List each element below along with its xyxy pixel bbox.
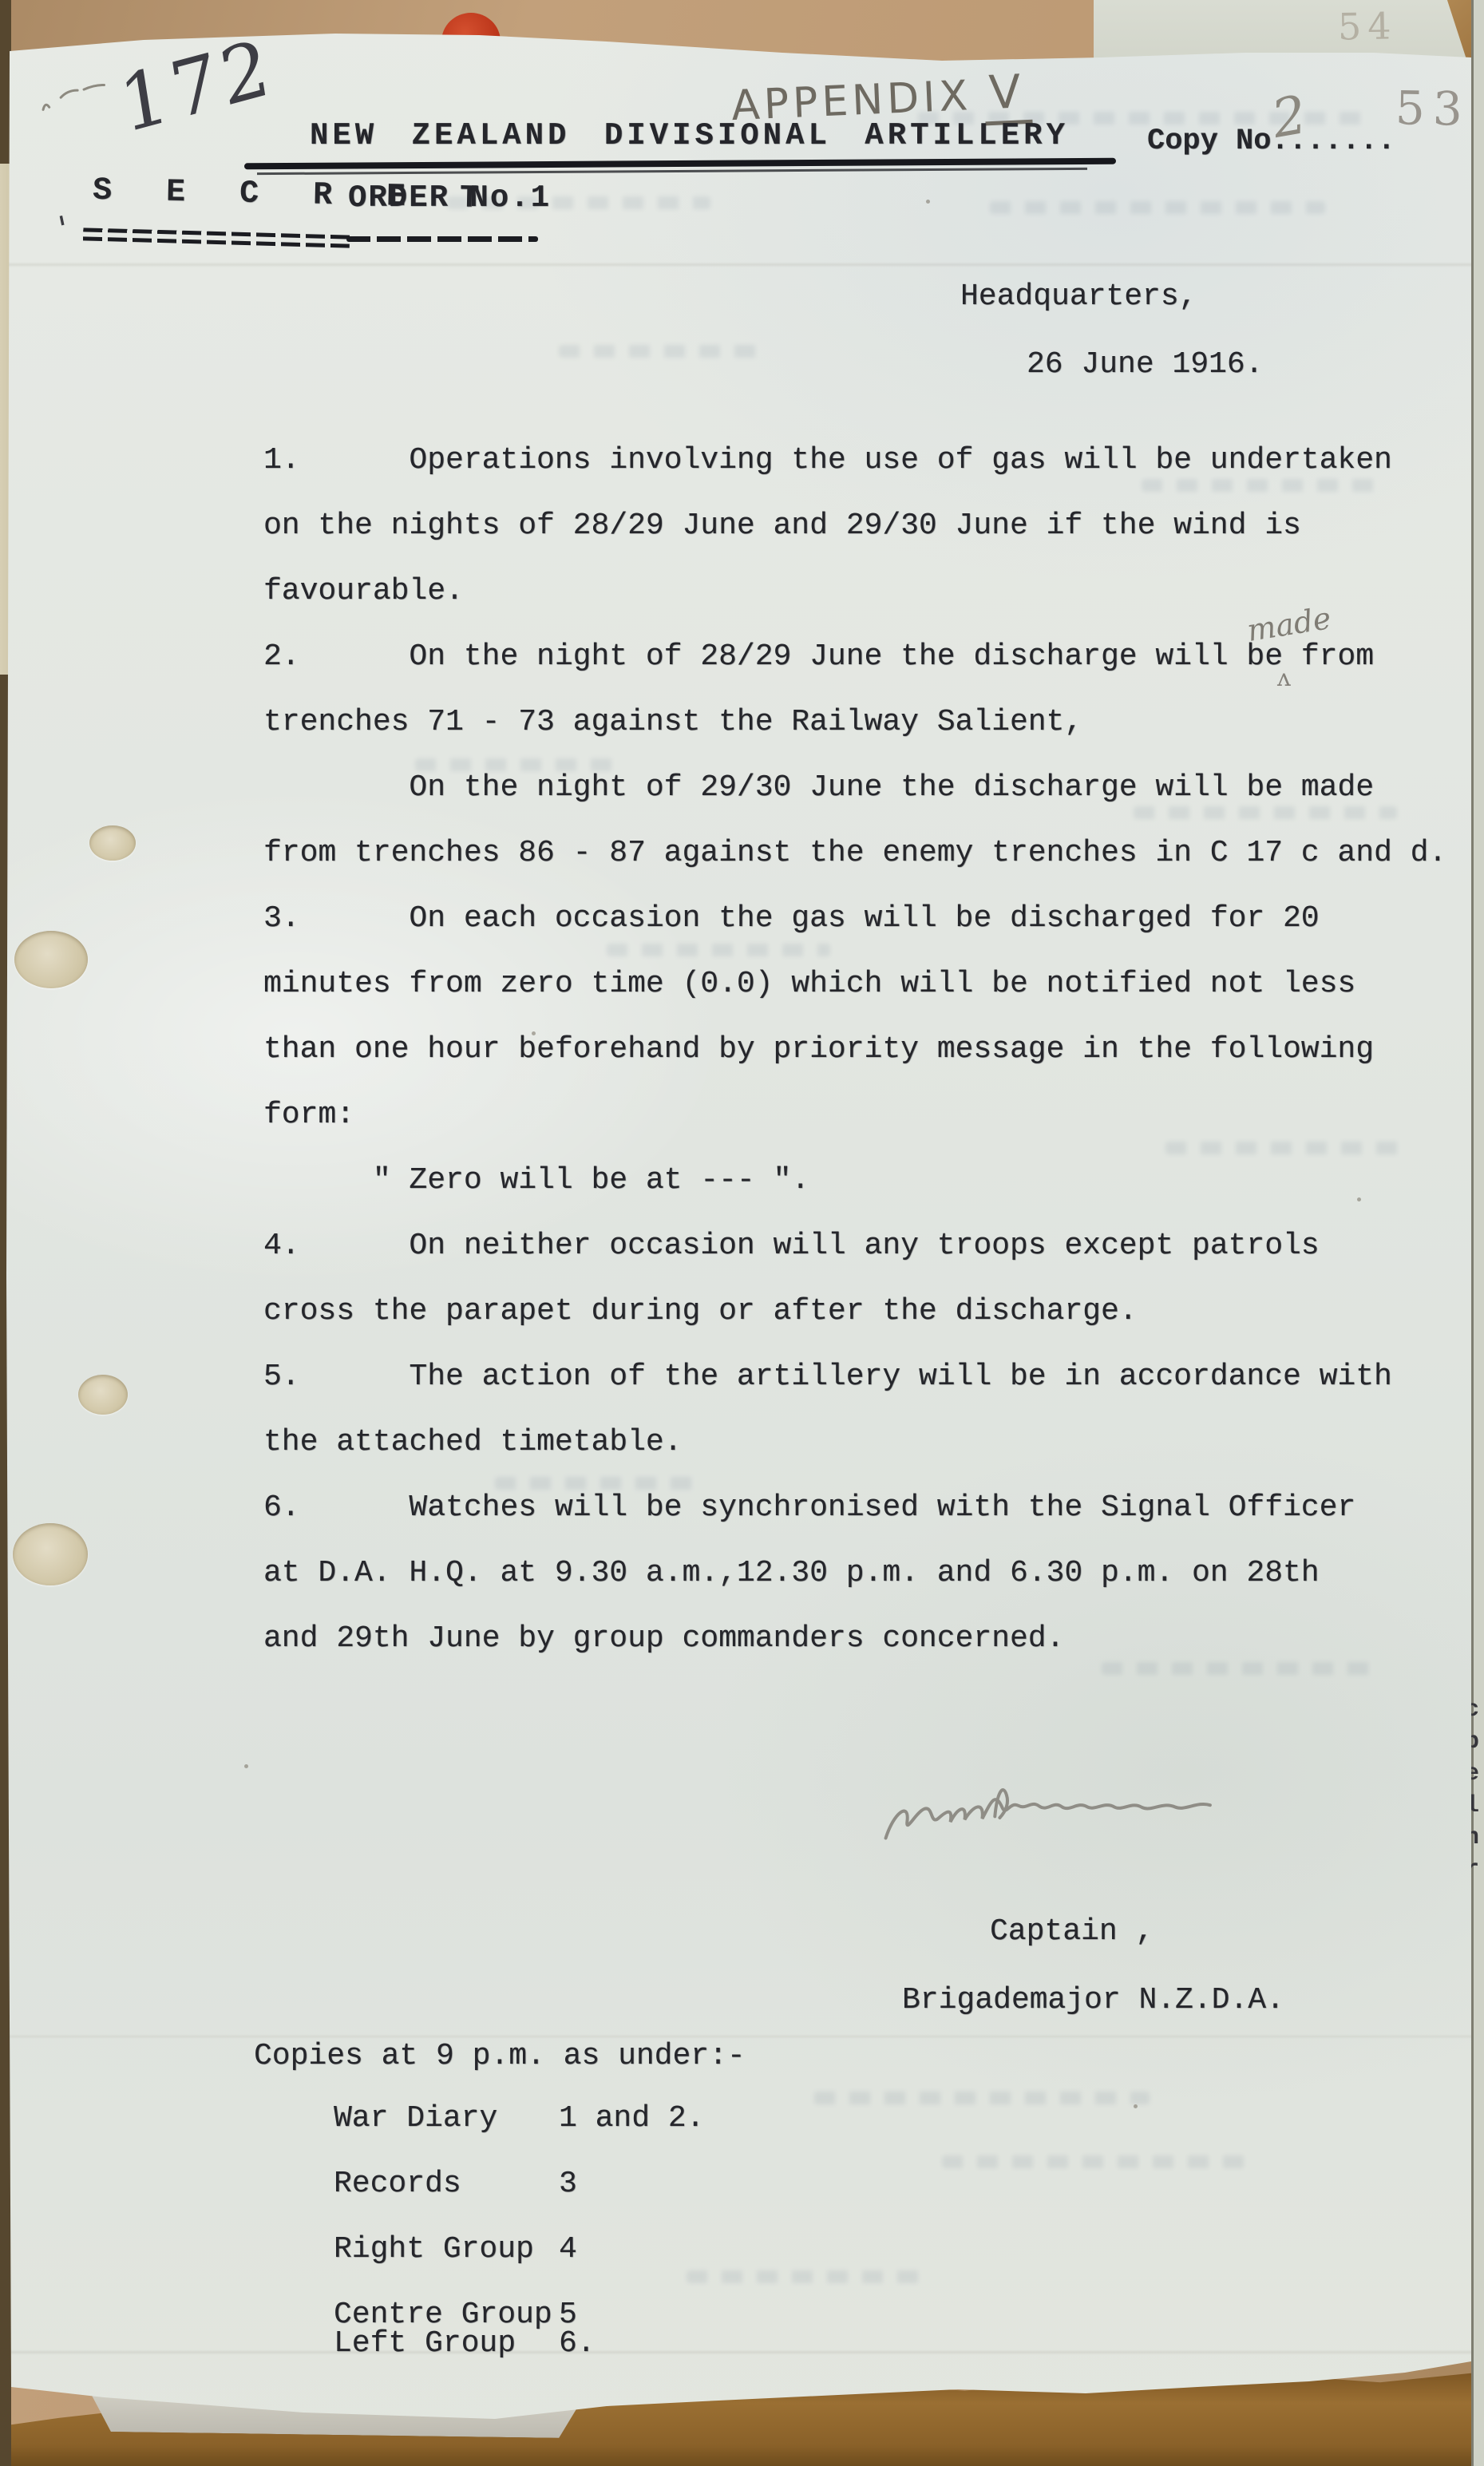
punch-hole bbox=[14, 931, 88, 988]
body-line: cross the parapet during or after the di… bbox=[263, 1279, 1446, 1344]
body-line: than one hour beforehand by priority mes… bbox=[263, 1017, 1446, 1083]
copy-no-label: Copy No....... bbox=[1147, 125, 1395, 158]
body-line: On the night of 29/30 June the discharge… bbox=[263, 755, 1446, 821]
distribution-label: Left Group bbox=[334, 2326, 559, 2361]
edge-letter: c bbox=[1471, 1696, 1479, 1724]
body-line: 6. Watches will be synchronised with the… bbox=[263, 1475, 1446, 1541]
ink-speck bbox=[1134, 2104, 1138, 2108]
order-underline bbox=[346, 236, 538, 242]
stray-pen-mark: ' bbox=[55, 208, 73, 250]
distribution-value: 3 bbox=[559, 2167, 577, 2201]
body-line: at D.A. H.Q. at 9.30 a.m.,12.30 p.m. and… bbox=[263, 1541, 1446, 1606]
back-page-top-edge bbox=[1094, 0, 1471, 61]
bleedthrough-smudge bbox=[687, 2270, 926, 2283]
distribution-row: War Diary1 and 2. bbox=[334, 2101, 704, 2135]
order-number: ORDER No.1 bbox=[348, 180, 551, 216]
edge-letter: e bbox=[1471, 1760, 1479, 1787]
edge-letter: p bbox=[1471, 1728, 1479, 1755]
body-line: 3. On each occasion the gas will be disc… bbox=[263, 886, 1446, 952]
punch-hole bbox=[89, 825, 136, 861]
body-line: form: bbox=[263, 1083, 1446, 1148]
pencil-scribble bbox=[34, 70, 134, 120]
body-line: minutes from zero time (0.0) which will … bbox=[263, 952, 1446, 1017]
body-line: the attached timetable. bbox=[263, 1410, 1446, 1475]
signatory-rank: Captain , bbox=[990, 1914, 1154, 1949]
edge-letter: l bbox=[1471, 1792, 1479, 1819]
handwritten-page-number: 172 bbox=[114, 22, 279, 151]
page-number-stamp-53: 53 bbox=[1395, 81, 1470, 137]
body-line: 1. Operations involving the use of gas w… bbox=[263, 428, 1446, 493]
punch-hole bbox=[13, 1523, 88, 1585]
distribution-value: 4 bbox=[559, 2232, 577, 2266]
bleedthrough-smudge bbox=[814, 2092, 1150, 2104]
document-title: NEW ZEALAND DIVISIONAL ARTILLERY bbox=[310, 118, 1069, 153]
date-line: 26 June 1916. bbox=[1027, 347, 1263, 382]
distribution-row: Records3 bbox=[334, 2167, 577, 2201]
body-line: from trenches 86 - 87 against the enemy … bbox=[263, 821, 1446, 886]
distribution-value: 6. bbox=[559, 2326, 596, 2361]
photographed-document: 54 172 ' bbox=[0, 0, 1484, 2466]
edge-letter: r bbox=[1471, 1856, 1479, 1883]
distribution-label: Right Group bbox=[334, 2232, 559, 2266]
distribution-value: 1 and 2. bbox=[559, 2101, 704, 2135]
bleedthrough-smudge bbox=[942, 2155, 1245, 2168]
signatory-role: Brigademajor N.Z.D.A. bbox=[902, 1983, 1284, 2017]
distribution-label: Records bbox=[334, 2167, 559, 2201]
punch-hole bbox=[78, 1375, 128, 1415]
page-number-stamp-54: 54 bbox=[1338, 4, 1398, 48]
place-line: Headquarters, bbox=[960, 279, 1197, 314]
body-line: " Zero will be at --- ". bbox=[263, 1148, 1446, 1213]
document-page: 172 ' APPENDIXV 2 53 NEW ZEALAND DIVISIO… bbox=[0, 0, 1484, 2466]
secret-underline bbox=[83, 228, 350, 249]
secret-underline-bar bbox=[83, 236, 350, 247]
edge-letter: h bbox=[1471, 1824, 1479, 1851]
body-line: on the nights of 28/29 June and 29/30 Ju… bbox=[263, 493, 1446, 559]
distribution-label: War Diary bbox=[334, 2101, 559, 2135]
distribution-heading: Copies at 9 p.m. as under:- bbox=[254, 2039, 746, 2073]
back-page-edge: cpelhr bbox=[1471, 0, 1484, 2466]
distribution-row: Left Group6. bbox=[334, 2326, 596, 2361]
bleedthrough-smudge bbox=[559, 345, 766, 358]
insertion-caret: ʌ bbox=[1277, 664, 1291, 692]
crease-line bbox=[0, 2036, 1484, 2037]
body-line: trenches 71 - 73 against the Railway Sal… bbox=[263, 690, 1446, 755]
body-line: and 29th June by group commanders concer… bbox=[263, 1606, 1446, 1672]
ink-speck bbox=[244, 1764, 248, 1768]
appendix-numeral: V bbox=[983, 64, 1032, 125]
ink-speck bbox=[926, 200, 930, 204]
body-line: 4. On neither occasion will any troops e… bbox=[263, 1213, 1446, 1279]
body-line: 5. The action of the artillery will be i… bbox=[263, 1344, 1446, 1410]
crease-line bbox=[0, 263, 1484, 266]
signature-scribble bbox=[874, 1755, 1277, 1864]
distribution-row: Right Group4 bbox=[334, 2232, 577, 2266]
bleedthrough-smudge bbox=[990, 201, 1325, 214]
crease-line bbox=[0, 2351, 1484, 2353]
